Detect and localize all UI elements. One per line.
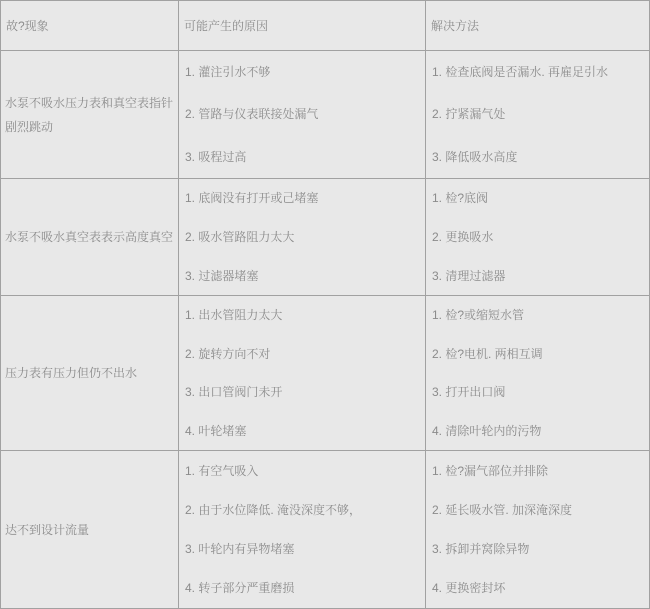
cause-item: 3. 出口管阀门未开 xyxy=(185,384,419,400)
phenomenon-text: 水泵不吸水压力表和真空表指针剧烈跳动 xyxy=(5,91,176,139)
phenomenon-text: 压力表有压力但仍不出水 xyxy=(5,361,137,385)
solutions-cell: 1. 检?漏气部位并排除 2. 延长吸水管. 加深淹深度 3. 拆卸并窝除异物 … xyxy=(426,451,650,609)
solution-item: 3. 清理过滤器 xyxy=(432,268,643,284)
cause-item: 1. 出水管阻力太大 xyxy=(185,307,419,323)
phenomenon-cell: 水泵不吸水压力表和真空表指针剧烈跳动 xyxy=(1,51,179,179)
cause-item: 1. 灌注引水不够 xyxy=(185,64,419,80)
pump-troubleshooting-table: 故?现象 可能产生的原因 解决方法 水泵不吸水压力表和真空表指针剧烈跳动 1. … xyxy=(0,0,650,609)
cause-item: 4. 转子部分严重磨损 xyxy=(185,580,419,596)
solution-item: 3. 拆卸并窝除异物 xyxy=(432,541,643,557)
cause-item: 3. 吸程过高 xyxy=(185,149,419,165)
solution-item: 3. 打开出口阀 xyxy=(432,384,643,400)
header-solutions: 解决方法 xyxy=(426,1,650,51)
causes-cell: 1. 出水管阻力太大 2. 旋转方向不对 3. 出口管阀门未开 4. 叶轮堵塞 xyxy=(179,296,426,451)
cause-item: 3. 过滤器堵塞 xyxy=(185,268,419,284)
cause-item: 2. 由于水位降低. 淹没深度不够， xyxy=(185,502,419,518)
solution-item: 4. 更换密封坏 xyxy=(432,580,643,596)
solution-item: 2. 拧紧漏气处 xyxy=(432,106,643,122)
solution-item: 2. 延长吸水管. 加深淹深度 xyxy=(432,502,643,518)
causes-cell: 1. 底阀没有打开或己堵塞 2. 吸水管路阻力太大 3. 过滤器堵塞 xyxy=(179,179,426,296)
causes-cell: 1. 有空气吸入 2. 由于水位降低. 淹没深度不够， 3. 叶轮内有异物堵塞 … xyxy=(179,451,426,609)
solution-item: 1. 检?漏气部位并排除 xyxy=(432,463,643,479)
phenomenon-cell: 压力表有压力但仍不出水 xyxy=(1,296,179,451)
header-possible-causes: 可能产生的原因 xyxy=(179,1,426,51)
solutions-cell: 1. 检查底阀是否漏水. 再雇足引水 2. 拧紧漏气处 3. 降低吸水高度 xyxy=(426,51,650,179)
solution-item: 2. 检?电机. 两相互调 xyxy=(432,346,643,362)
cause-item: 2. 管路与仪表联接处漏气 xyxy=(185,106,419,122)
cause-item: 2. 旋转方向不对 xyxy=(185,346,419,362)
solution-item: 4. 清除叶轮内的污物 xyxy=(432,423,643,439)
phenomenon-cell: 达不到设计流量 xyxy=(1,451,179,609)
cause-item: 3. 叶轮内有异物堵塞 xyxy=(185,541,419,557)
phenomenon-cell: 水泵不吸水真空表表示高度真空 xyxy=(1,179,179,296)
cause-item: 2. 吸水管路阻力太大 xyxy=(185,229,419,245)
phenomenon-text: 水泵不吸水真空表表示高度真空 xyxy=(5,225,173,249)
solutions-cell: 1. 检?底阀 2. 更换吸水 3. 清理过滤器 xyxy=(426,179,650,296)
solution-item: 2. 更换吸水 xyxy=(432,229,643,245)
phenomenon-text: 达不到设计流量 xyxy=(5,518,89,542)
solution-item: 1. 检?或缩短水管 xyxy=(432,307,643,323)
solution-item: 3. 降低吸水高度 xyxy=(432,149,643,165)
cause-item: 4. 叶轮堵塞 xyxy=(185,423,419,439)
cause-item: 1. 底阀没有打开或己堵塞 xyxy=(185,190,419,206)
solution-item: 1. 检查底阀是否漏水. 再雇足引水 xyxy=(432,64,643,80)
solutions-cell: 1. 检?或缩短水管 2. 检?电机. 两相互调 3. 打开出口阀 4. 清除叶… xyxy=(426,296,650,451)
solution-item: 1. 检?底阀 xyxy=(432,190,643,206)
cause-item: 1. 有空气吸入 xyxy=(185,463,419,479)
causes-cell: 1. 灌注引水不够 2. 管路与仪表联接处漏气 3. 吸程过高 xyxy=(179,51,426,179)
header-fault-phenomenon: 故?现象 xyxy=(1,1,179,51)
